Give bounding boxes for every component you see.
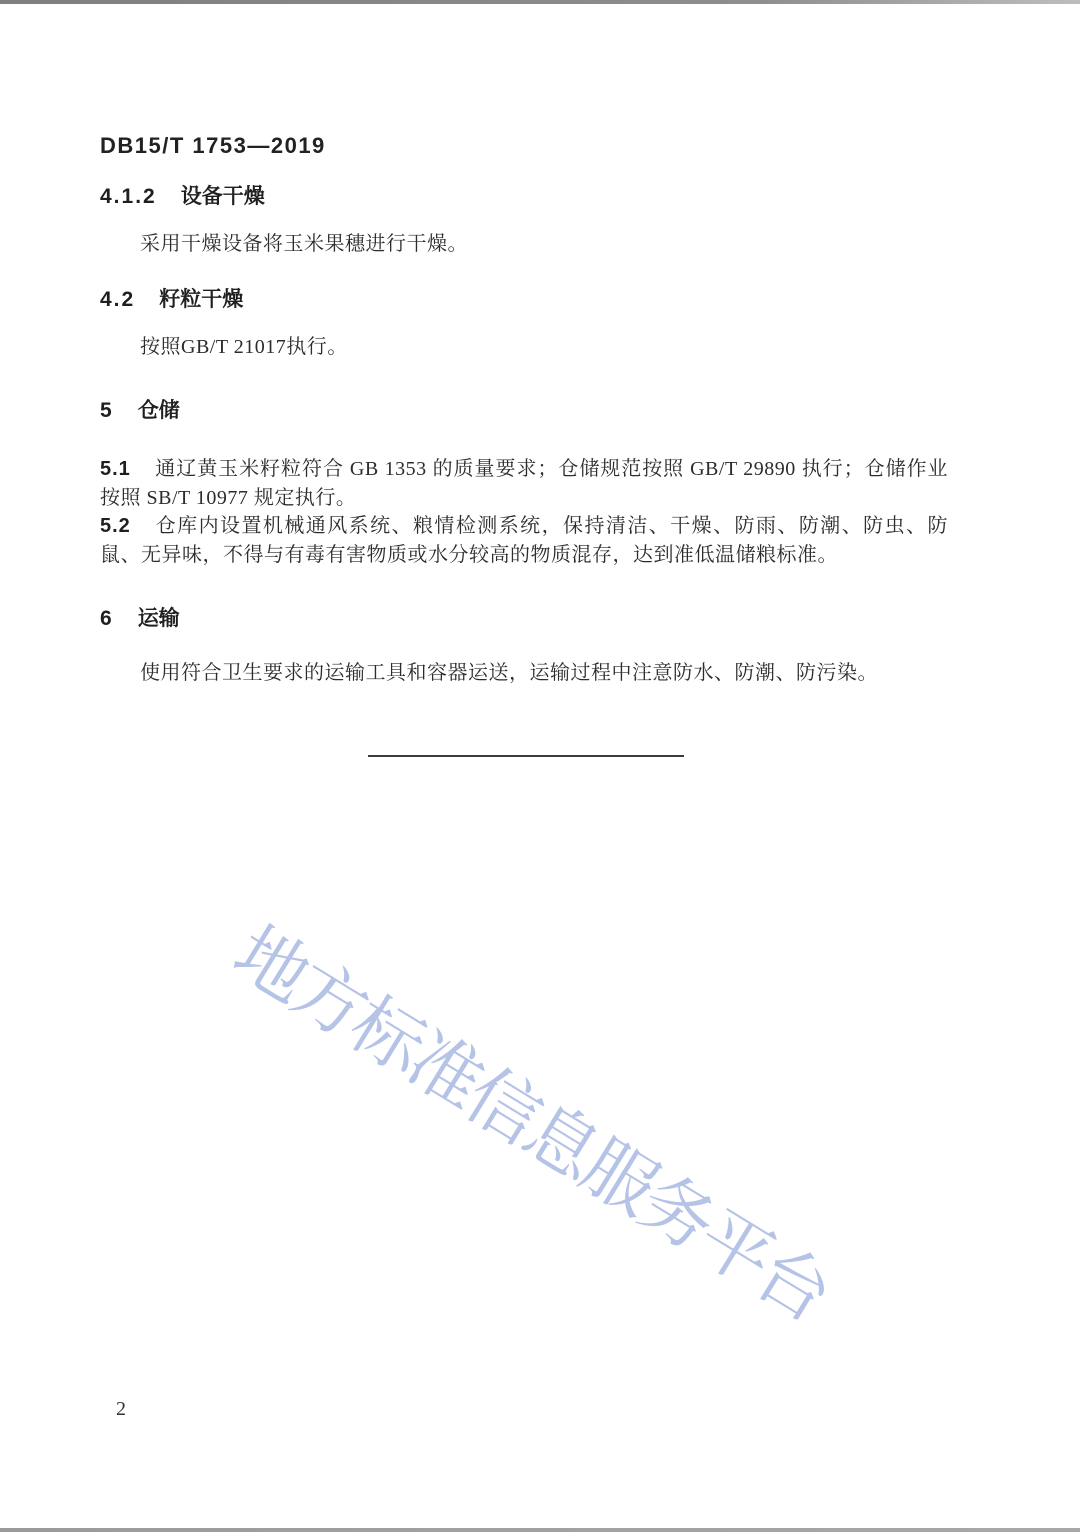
- clause-number: 5.1: [100, 458, 131, 480]
- para-4-2: 按照GB/T 21017执行。: [100, 333, 948, 362]
- scan-edge-bottom: [0, 1528, 1080, 1532]
- heading-6: 6运输: [100, 602, 948, 632]
- para-4-1-2: 采用干燥设备将玉米果穗进行干燥。: [100, 230, 948, 259]
- document-page: 地方标准信息服务平台 DB15/T 1753—2019 4.1.2设备干燥 采用…: [0, 0, 1080, 1532]
- heading-4-2: 4.2籽粒干燥: [100, 283, 948, 313]
- clause-title: 运输: [138, 607, 180, 630]
- end-of-text-divider: [368, 755, 684, 757]
- clause-title: 籽粒干燥: [159, 288, 243, 311]
- heading-4-1-2: 4.1.2设备干燥: [100, 180, 948, 210]
- para-5-2: 5.2仓库内设置机械通风系统、粮情检测系统，保持清洁、干燥、防雨、防潮、防虫、防…: [100, 512, 948, 569]
- clause-text: 仓库内设置机械通风系统、粮情检测系统，保持清洁、干燥、防雨、防潮、防虫、防鼠、无…: [100, 515, 948, 566]
- clause-text: 通辽黄玉米籽粒符合 GB 1353 的质量要求；仓储规范按照 GB/T 2989…: [100, 458, 948, 509]
- page-content: DB15/T 1753—2019 4.1.2设备干燥 采用干燥设备将玉米果穗进行…: [100, 0, 948, 757]
- clause-number: 6: [100, 607, 114, 630]
- watermark-text: 地方标准信息服务平台: [218, 896, 852, 1340]
- clause-title: 仓储: [138, 399, 180, 422]
- doc-number: DB15/T 1753—2019: [100, 133, 948, 159]
- page-number: 2: [116, 1398, 126, 1421]
- clause-number: 5.2: [100, 515, 131, 537]
- para-5-1: 5.1通辽黄玉米籽粒符合 GB 1353 的质量要求；仓储规范按照 GB/T 2…: [100, 455, 948, 512]
- clause-number: 5: [100, 399, 114, 422]
- clause-number: 4.2: [100, 288, 135, 311]
- para-6: 使用符合卫生要求的运输工具和容器运送，运输过程中注意防水、防潮、防污染。: [100, 659, 948, 688]
- clause-title: 设备干燥: [181, 185, 265, 208]
- heading-5: 5仓储: [100, 394, 948, 424]
- clause-number: 4.1.2: [100, 185, 157, 208]
